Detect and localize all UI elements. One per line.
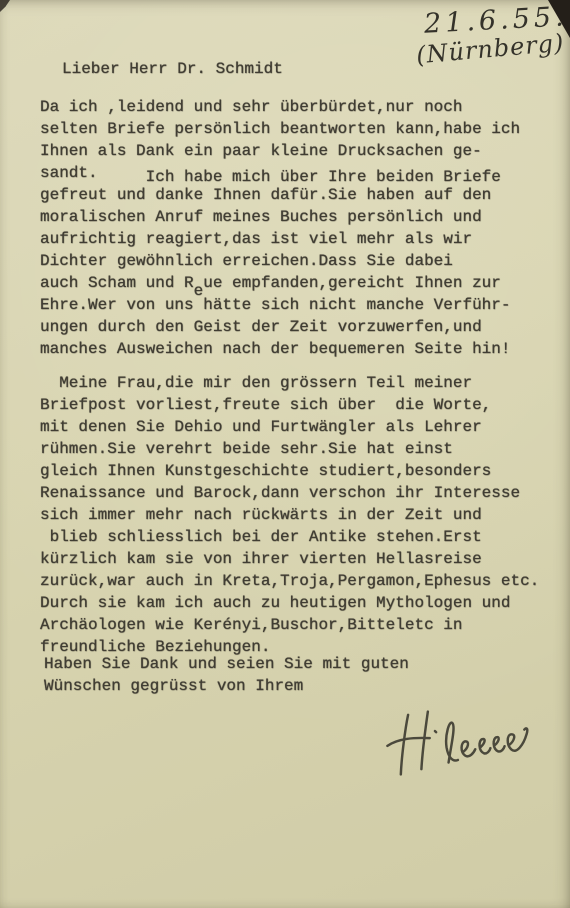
typed-line: Haben Sie Dank und seien Sie mit guten (44, 653, 409, 675)
letter-page: 21.6.55. (Nürnberg) Lieber Herr Dr. Schm… (0, 0, 570, 908)
signature-handwriting (375, 695, 533, 795)
typed-line: ungen durch den Geist der Zeit vorzuwerf… (40, 316, 520, 338)
typed-line: kürzlich kam sie von ihrer vierten Hella… (40, 548, 539, 570)
typed-line: Da ich ,leidend und sehr überbürdet,nur … (40, 96, 520, 118)
typed-line: Dichter gewöhnlich erreichen.Dass Sie da… (40, 250, 520, 272)
typed-line: aufrichtig reagiert,das ist viel mehr al… (40, 228, 520, 250)
typed-line: Durch sie kam ich auch zu heutigen Mytho… (40, 592, 539, 614)
typed-line: selten Briefe persönlich beantworten kan… (40, 118, 520, 140)
typed-line: Archäologen wie Kerényi,Buschor,Bittelet… (40, 614, 539, 636)
scan-corner-artifact-top-left (0, 0, 10, 12)
typed-line: moralischen Anruf meines Buches persönli… (40, 206, 520, 228)
typed-line: blieb schliesslich bei der Antike stehen… (40, 526, 539, 548)
typed-line: manches Ausweichen nach der bequemeren S… (40, 338, 520, 360)
salutation: Lieber Herr Dr. Schmidt (62, 58, 283, 80)
typed-offset-text: Ich habe mich über Ihre beiden Briefe (98, 168, 501, 186)
typed-line: Meine Frau,die mir den grössern Teil mei… (40, 372, 539, 394)
typed-line: Briefpost vorliest,freute sich über die … (40, 394, 539, 416)
typed-text: ue empfanden,gereicht Ihnen zur (203, 274, 501, 292)
paragraph-1: Da ich ,leidend und sehr überbürdet,nur … (40, 96, 520, 360)
paragraph-2: Meine Frau,die mir den grössern Teil mei… (40, 372, 539, 658)
typed-line: sich immer mehr nach rückwärts in der Ze… (40, 504, 539, 526)
typed-line: Ehre.Wer von uns hätte sich nicht manche… (40, 294, 520, 316)
closing-lines: Haben Sie Dank und seien Sie mit gutenWü… (44, 653, 409, 697)
typed-line: gleich Ihnen Kunstgeschichte studiert,be… (40, 460, 539, 482)
typed-line: Renaissance und Barock,dann verschon ihr… (40, 482, 539, 504)
typed-line: auch Scham und Reue empfanden,gereicht I… (40, 272, 520, 294)
signature-strokes (375, 695, 533, 795)
typed-line: zurück,war auch in Kreta,Troja,Pergamon,… (40, 570, 539, 592)
typed-line: rühmen.Sie verehrt beide sehr.Sie hat ei… (40, 438, 539, 460)
typed-line: mit denen Sie Dehio und Furtwängler als … (40, 416, 539, 438)
typed-line: Wünschen gegrüsst von Ihrem (44, 675, 409, 697)
typed-offset-text: e (194, 282, 204, 300)
typed-line: sandt. Ich habe mich über Ihre beiden Br… (40, 162, 520, 184)
typed-line: Ihnen als Dank ein paar kleine Drucksach… (40, 140, 520, 162)
typed-line: gefreut und danke Ihnen dafür.Sie haben … (40, 184, 520, 206)
typed-text: sandt. (40, 164, 98, 182)
typed-text: auch Scham und R (40, 274, 194, 292)
